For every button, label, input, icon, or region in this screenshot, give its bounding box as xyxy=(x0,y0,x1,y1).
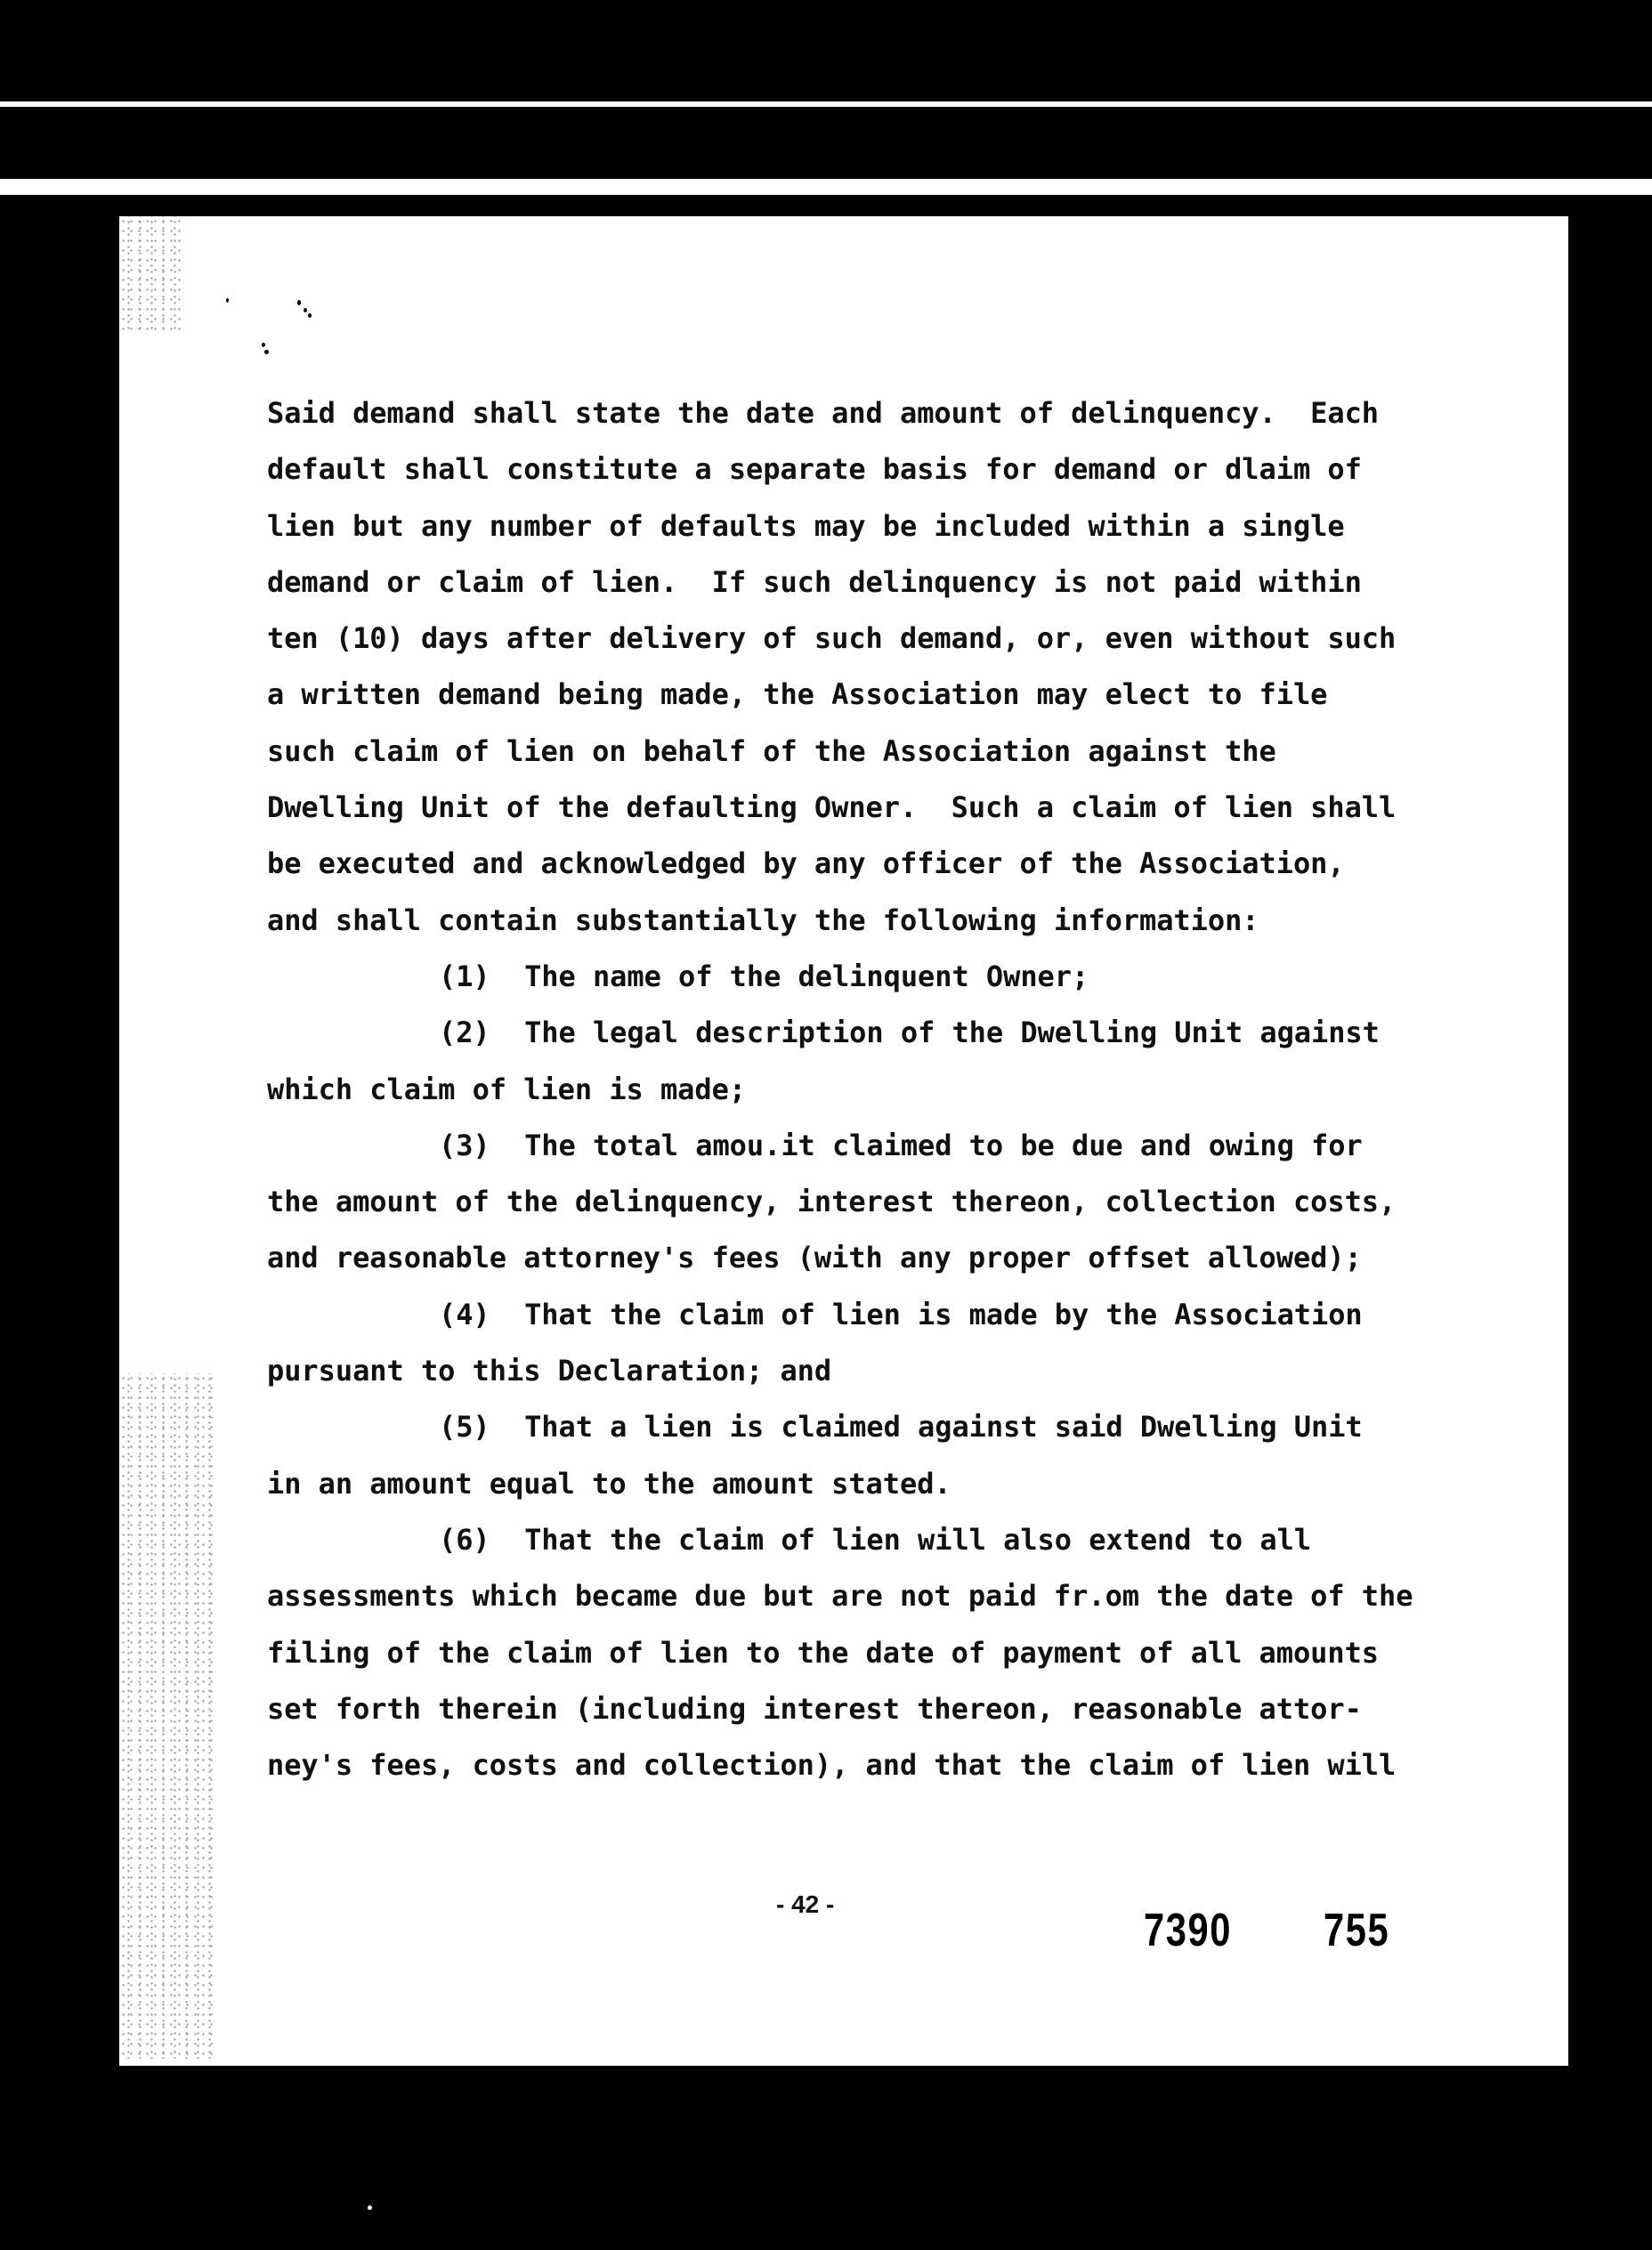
text-line: default shall constitute a separate basi… xyxy=(267,441,1531,498)
text-line: Said demand shall state the date and amo… xyxy=(267,385,1531,441)
scan-edge-top-line xyxy=(0,101,1652,107)
list-item-3: (3) The total amou.it claimed to be due … xyxy=(267,1118,1531,1174)
page-number: - 42 - xyxy=(776,1890,834,1919)
scan-speck xyxy=(368,2205,372,2210)
text-line: demand or claim of lien. If such delinqu… xyxy=(267,554,1531,611)
list-item-1: (1) The name of the delinquent Owner; xyxy=(267,949,1531,1005)
scan-speck xyxy=(297,300,301,305)
text-line: the amount of the delinquency, interest … xyxy=(267,1174,1531,1230)
text-line: and shall contain substantially the foll… xyxy=(267,893,1531,949)
list-item-4: (4) That the claim of lien is made by th… xyxy=(267,1287,1531,1343)
scan-noise-top-left xyxy=(119,216,182,332)
text-line: pursuant to this Declaration; and xyxy=(267,1343,1531,1399)
scan-speck xyxy=(264,350,269,354)
text-line: be executed and acknowledged by any offi… xyxy=(267,836,1531,892)
text-line: lien but any number of defaults may be i… xyxy=(267,498,1531,554)
text-line: ten (10) days after delivery of such dem… xyxy=(267,611,1531,667)
scan-speck xyxy=(304,308,307,312)
text-line: and reasonable attorney's fees (with any… xyxy=(267,1230,1531,1286)
text-line: in an amount equal to the amount stated. xyxy=(267,1456,1531,1512)
list-item-6: (6) That the claim of lien will also ext… xyxy=(267,1512,1531,1568)
text-line: which claim of lien is made; xyxy=(267,1062,1531,1118)
scan-speck xyxy=(226,298,229,303)
text-line: Dwelling Unit of the defaulting Owner. S… xyxy=(267,780,1531,836)
scan-edge-band xyxy=(0,179,1652,195)
document-page: Said demand shall state the date and amo… xyxy=(119,216,1568,2066)
scan-speck xyxy=(308,313,312,318)
recording-stamp-page: 755 xyxy=(1324,1904,1389,1957)
text-line: set forth therein (including interest th… xyxy=(267,1681,1531,1737)
scan-noise-left-margin xyxy=(119,1373,217,2059)
text-line: such claim of lien on behalf of the Asso… xyxy=(267,724,1531,780)
recording-stamp-book: 7390 xyxy=(1144,1904,1232,1957)
text-line: ney's fees, costs and collection), and t… xyxy=(267,1737,1531,1793)
scan-speck xyxy=(262,343,265,347)
document-body: Said demand shall state the date and amo… xyxy=(267,385,1531,1793)
list-item-5: (5) That a lien is claimed against said … xyxy=(267,1399,1531,1455)
text-line: filing of the claim of lien to the date … xyxy=(267,1625,1531,1681)
list-item-2: (2) The legal description of the Dwellin… xyxy=(267,1005,1531,1061)
text-line: a written demand being made, the Associa… xyxy=(267,667,1531,723)
text-line: assessments which became due but are not… xyxy=(267,1568,1531,1624)
